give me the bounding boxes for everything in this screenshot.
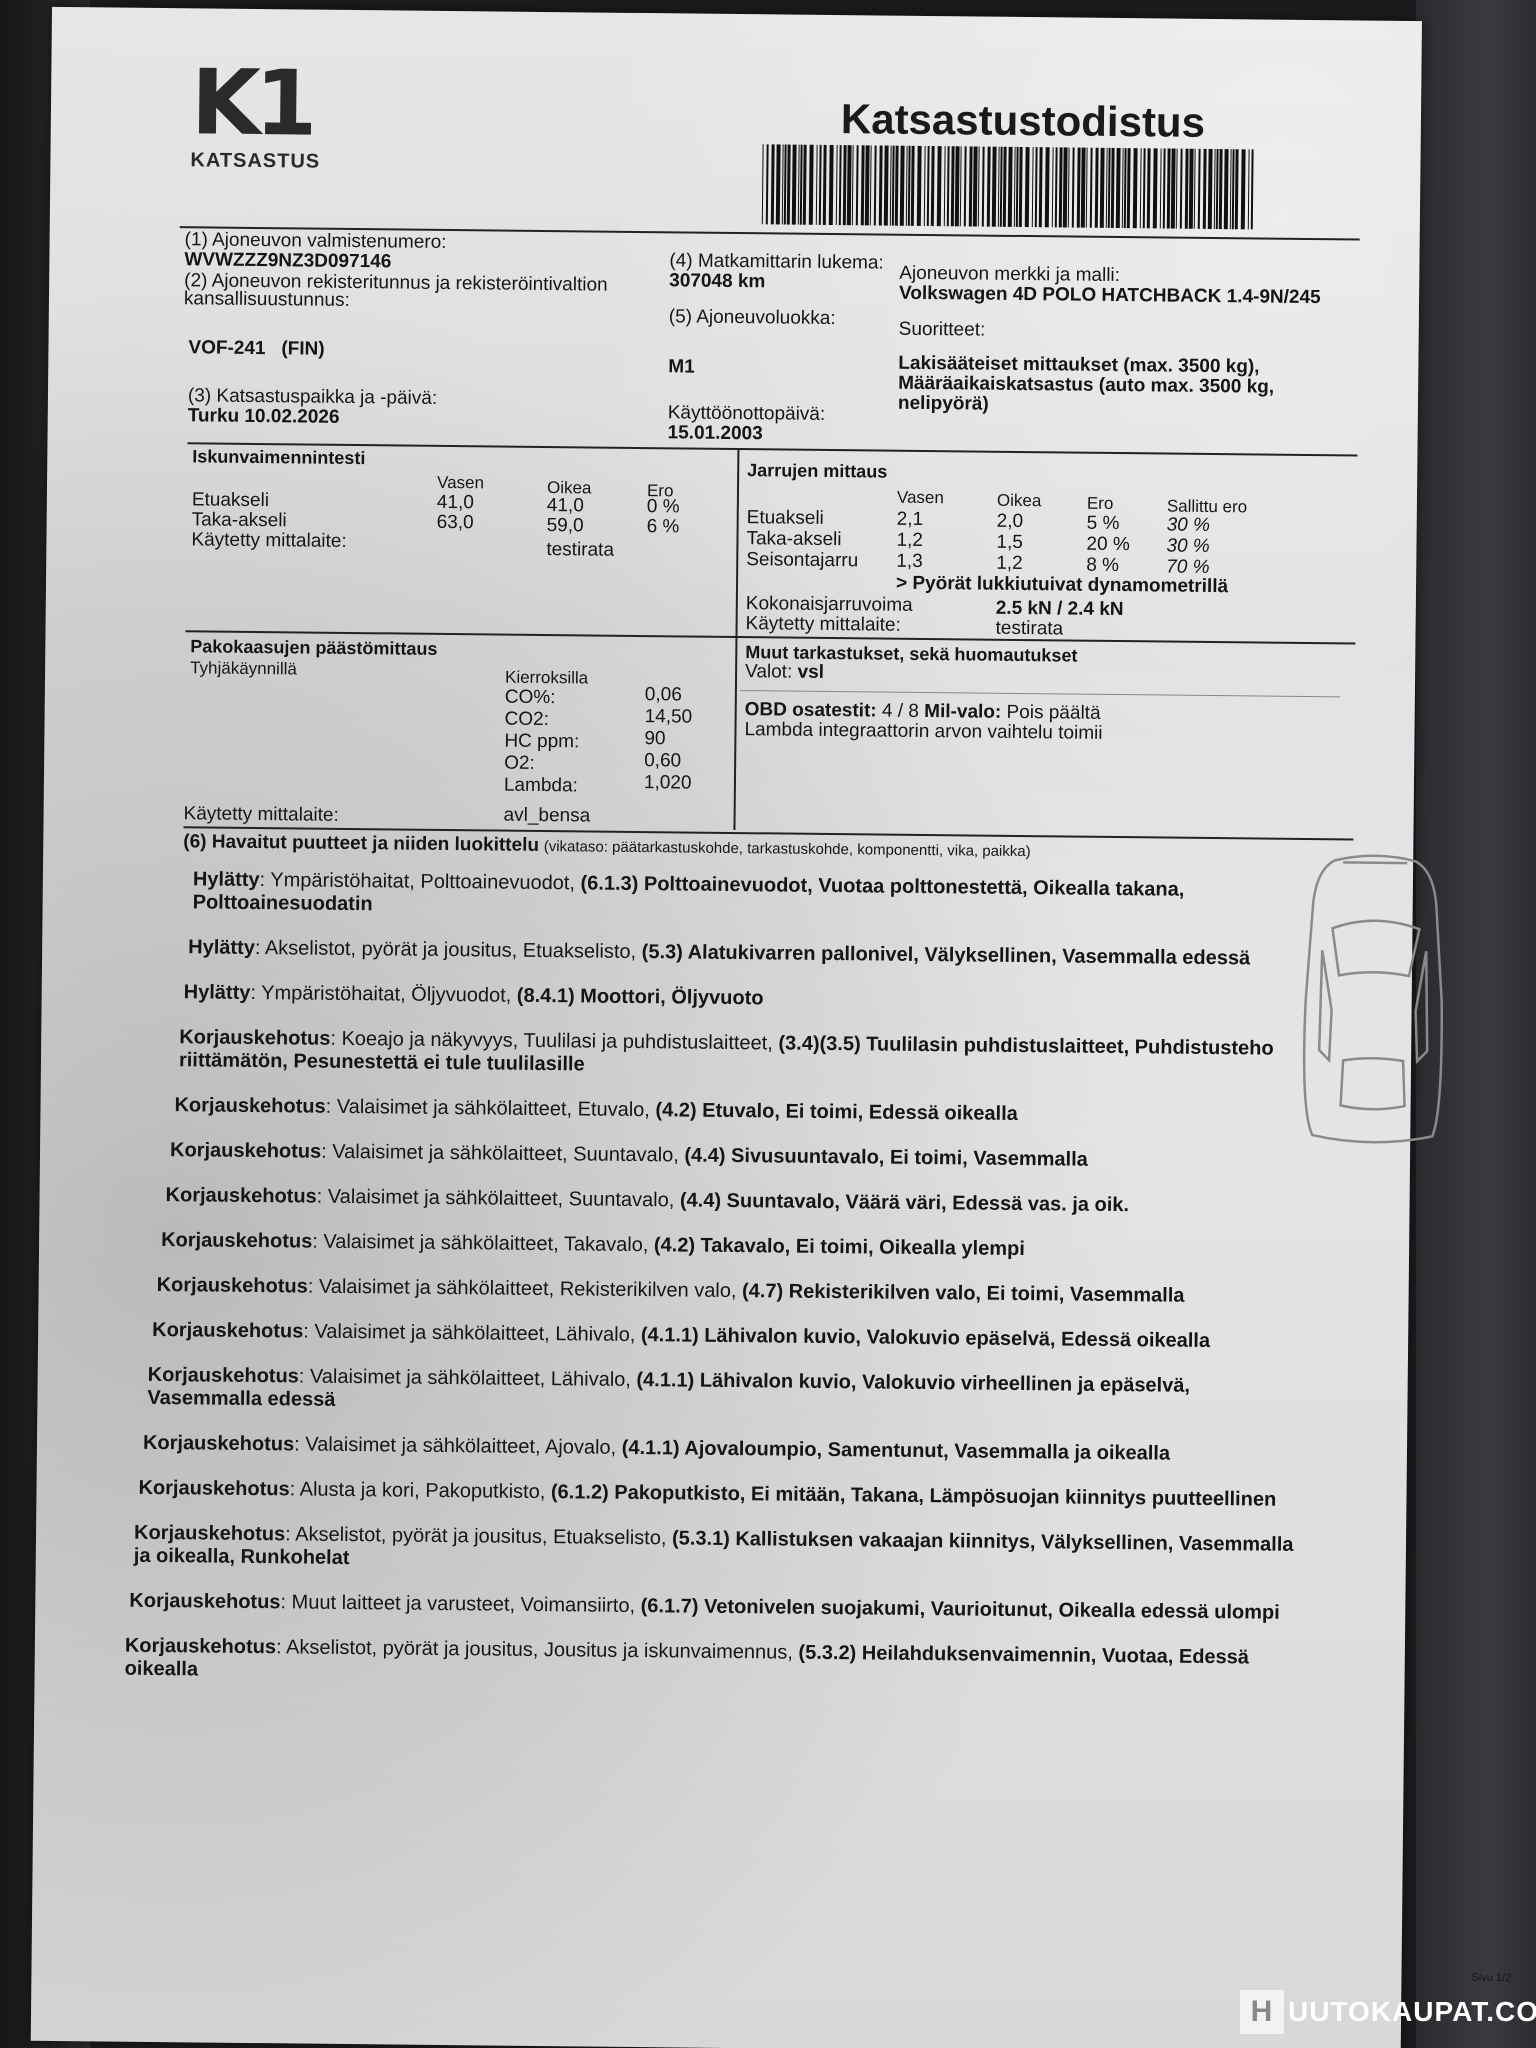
emission-row-label: HC ppm: [504,732,579,753]
defect-path: Akselistot, pyörät ja jousitus, Etuaksel… [295,1523,666,1549]
emission-row-value: 1,020 [644,773,692,793]
defect-path: Akselistot, pyörät ja jousitus, Jousitus… [286,1636,793,1663]
defect-path: Alusta ja kori, Pakoputkisto, [300,1479,546,1504]
defect-path: Muut laitteet ja varusteet, Voimansiirto… [292,1591,636,1617]
defect-item: Korjauskehotus: Valaisimet ja sähkölaitt… [129,1274,1309,1309]
defect-path: Valaisimet ja sähkölaitteet, Takavalo, [323,1231,648,1256]
defect-class: Korjauskehotus [125,1635,276,1659]
shock-row-right: 59,0 [547,516,584,536]
brake-test-title: Jarrujen mittaus [747,460,887,481]
defect-item: Korjauskehotus: Muut laitteet ja varuste… [125,1590,1305,1625]
defect-class: Hylätty [188,936,255,959]
defect-class: Korjauskehotus [165,1184,316,1208]
emission-row-value: 90 [644,729,665,749]
shock-device-label: Käytetty mittalaite: [191,530,346,552]
defects-list: Hylätty: Ympäristöhaitat, Polttoainevuod… [124,868,1313,1715]
defect-detail: (5.3) Alatukivarren pallonivel, Välyksel… [642,941,1251,969]
car-diagram-icon [1292,850,1455,1152]
defect-path: Ympäristöhaitat, Polttoainevuodot, [270,869,575,894]
brake-note: > Pyörät lukkiutuivat dynamometrillä [896,574,1228,597]
defect-class: Korjauskehotus [148,1364,299,1388]
defect-class: Korjauskehotus [179,1026,330,1050]
defect-path: Valaisimet ja sähkölaitteet, Ajovalo, [305,1434,616,1459]
vin-value: WVWZZZ9NZ3D097146 [184,250,391,272]
defect-detail: (4.1.1) Lähivalon kuvio, Valokuvio virhe… [147,1369,1190,1411]
emissions-device-label: Käytetty mittalaite: [183,804,338,826]
defect-class: Korjauskehotus [143,1432,294,1456]
lights-row: Valot: vsl [745,662,824,683]
defect-detail: (6.1.2) Pakoputkisto, Ei mitään, Takana,… [551,1481,1277,1511]
defect-item: Korjauskehotus: Koeajo ja näkyvyys, Tuul… [131,1026,1311,1084]
place-value: Turku 10.02.2026 [188,406,340,428]
shock-row-left: 41,0 [437,493,474,513]
brake-row-label: Seisontajarru [746,550,858,571]
brake-device-value: testirata [995,619,1063,640]
brake-header-diff: Ero [1087,494,1114,514]
reg-label: (2) Ajoneuvon rekisteritunnus ja rekiste… [184,272,624,313]
brake-device-label: Käytetty mittalaite: [746,614,901,636]
defect-detail: (6.1.7) Vetonivelen suojakumi, Vaurioitu… [641,1595,1280,1624]
defect-path: Valaisimet ja sähkölaitteet, Lähivalo, [310,1366,631,1391]
defect-class: Korjauskehotus [134,1522,285,1546]
document-title: Katsastustodistus [841,95,1206,147]
defects-heading: (6) Havaitut puutteet ja niiden luokitte… [183,832,1031,862]
defect-path: Valaisimet ja sähkölaitteet, Etuvalo, [337,1096,650,1121]
brake-row-left: 2,1 [897,510,924,530]
defect-class: Korjauskehotus [129,1590,280,1614]
logo-subtitle: KATSASTUS [190,149,320,173]
defect-path: Valaisimet ja sähkölaitteet, Lähivalo, [314,1321,635,1346]
shock-row-label: Etuakseli [192,490,269,511]
shock-row-diff: 0 % [647,497,680,517]
defect-item: Korjauskehotus: Akselistot, pyörät ja jo… [125,1635,1305,1693]
brake-header-right: Oikea [997,491,1042,511]
defect-detail: (4.1.1) Ajovaloumpio, Samentunut, Vasemm… [622,1437,1171,1465]
emission-row-label: Lambda: [504,776,578,797]
defect-path: Valaisimet ja sähkölaitteet, Rekisteriki… [319,1276,737,1302]
barcode [762,144,1263,229]
shock-header-left: Vasen [437,473,484,493]
defect-class: Hylätty [184,981,251,1004]
lambda-note: Lambda integraattorin arvon vaihtelu toi… [744,720,1102,744]
defect-detail: (4.2) Etuvalo, Ei toimi, Edessä oikealla [655,1099,1018,1125]
emissions-title: Pakokaasujen päästömittaus [190,636,437,659]
shock-test-title: Iskunvaimennintesti [192,446,365,468]
defect-item: Korjauskehotus: Akselistot, pyörät ja jo… [126,1522,1306,1580]
reg-value: VOF-241 (FIN) [188,338,324,359]
emission-row-label: CO%: [505,688,556,709]
logo-mark: K1 [191,63,322,144]
defect-item: Korjauskehotus: Valaisimet ja sähkölaitt… [127,1432,1307,1467]
defect-item: Korjauskehotus: Alusta ja kori, Pakoputk… [126,1477,1306,1512]
defect-item: Hylätty: Akselistot, pyörät ja jousitus,… [132,936,1312,971]
defect-path: Valaisimet ja sähkölaitteet, Suuntavalo, [328,1186,675,1212]
defect-item: Korjauskehotus: Valaisimet ja sähkölaitt… [128,1319,1308,1354]
defect-item: Hylätty: Ympäristöhaitat, Polttoainevuod… [133,868,1313,926]
shock-row-right: 41,0 [547,496,584,516]
inspection-certificate: K1 KATSASTUS Katsastustodistus (1) Ajone… [31,7,1422,2048]
emissions-rpm-label: Kierroksilla [505,668,588,689]
defect-class: Korjauskehotus [170,1139,321,1163]
defect-class: Hylätty [193,868,260,891]
defect-detail: (4.7) Rekisterikilven valo, Ei toimi, Va… [742,1280,1185,1307]
shock-device-value: testirata [546,540,614,561]
defect-path: Koeajo ja näkyvyys, Tuulilasi ja puhdist… [341,1028,773,1055]
brake-header-left: Vasen [897,488,944,508]
performed-label: Suoritteet: [899,320,986,341]
brake-row-left: 1,2 [896,531,923,551]
defect-class: Korjauskehotus [138,1477,289,1501]
page-number: Sivu 1/2 [1471,1968,1511,1988]
brake-row-right: 1,2 [996,554,1023,574]
brake-row-label: Taka-akseli [746,529,841,550]
brake-total-value: 2.5 kN / 2.4 kN [996,599,1124,620]
odometer-value: 307048 km [669,271,765,292]
defect-detail: (4.2) Takavalo, Ei toimi, Oikealla ylemp… [654,1234,1025,1260]
brake-row-diff: 5 % [1087,514,1120,534]
defect-item: Hylätty: Ympäristöhaitat, Öljyvuodot, (8… [132,981,1312,1016]
watermark-box-icon: H [1240,1990,1284,2034]
defect-detail: (4.1.1) Lähivalon kuvio, Valokuvio epäse… [641,1324,1210,1352]
brake-row-right: 1,5 [996,533,1023,553]
class-value: M1 [668,357,695,377]
defect-detail: (4.4) Sivusuuntavalo, Ei toimi, Vasemmal… [684,1145,1088,1171]
make-value: Volkswagen 4D POLO HATCHBACK 1.4-9N/245 [899,284,1321,308]
defect-item: Korjauskehotus: Valaisimet ja sähkölaitt… [127,1364,1307,1422]
defect-class: Korjauskehotus [152,1319,303,1343]
shock-row-label: Taka-akseli [192,510,287,531]
brake-row-diff: 8 % [1086,556,1119,576]
defect-class: Korjauskehotus [161,1229,312,1253]
brake-row-label: Etuakseli [747,508,824,529]
emission-row-label: CO2: [504,710,549,730]
emission-row-value: 14,50 [645,707,693,727]
k1-logo: K1 KATSASTUS [190,63,321,173]
defect-item: Korjauskehotus: Valaisimet ja sähkölaitt… [130,1139,1310,1174]
defect-path: Ympäristöhaitat, Öljyvuodot, [261,982,511,1007]
shock-row-left: 63,0 [437,513,474,533]
defect-class: Korjauskehotus [157,1274,308,1298]
emission-row-value: 0,60 [644,751,681,771]
defect-item: Korjauskehotus: Valaisimet ja sähkölaitt… [130,1094,1310,1129]
brake-row-right: 2,0 [997,512,1024,532]
brake-row-allowed: 30 % [1166,537,1210,557]
defect-path: Akselistot, pyörät ja jousitus, Etuaksel… [265,937,636,963]
defect-detail: (8.4.1) Moottori, Öljyvuoto [517,985,764,1010]
defect-item: Korjauskehotus: Valaisimet ja sähkölaitt… [129,1184,1309,1219]
emission-row-label: O2: [504,754,535,774]
watermark-text: UUTOKAUPAT.COM [1288,1996,1536,2028]
emission-row-value: 0,06 [645,685,682,705]
shock-row-diff: 6 % [647,517,680,537]
defect-path: Valaisimet ja sähkölaitteet, Suuntavalo, [332,1141,679,1167]
brake-row-allowed: 30 % [1167,516,1211,536]
defect-item: Korjauskehotus: Valaisimet ja sähkölaitt… [129,1229,1309,1264]
defect-detail: (4.4) Suuntavalo, Väärä väri, Edessä vas… [680,1189,1129,1216]
brake-row-diff: 20 % [1086,535,1130,555]
intro-date-value: 15.01.2003 [668,423,763,444]
emissions-device-value: avl_bensa [503,806,590,827]
class-label: (5) Ajoneuvoluokka: [669,307,836,329]
brake-row-left: 1,3 [896,552,923,572]
emissions-idle-label: Tyhjäkäynnillä [190,658,297,679]
defect-class: Korjauskehotus [174,1094,325,1118]
huutokaupat-watermark: H UUTOKAUPAT.COM [1240,1990,1536,2034]
performed-line-3: nelipyörä) [898,394,989,415]
